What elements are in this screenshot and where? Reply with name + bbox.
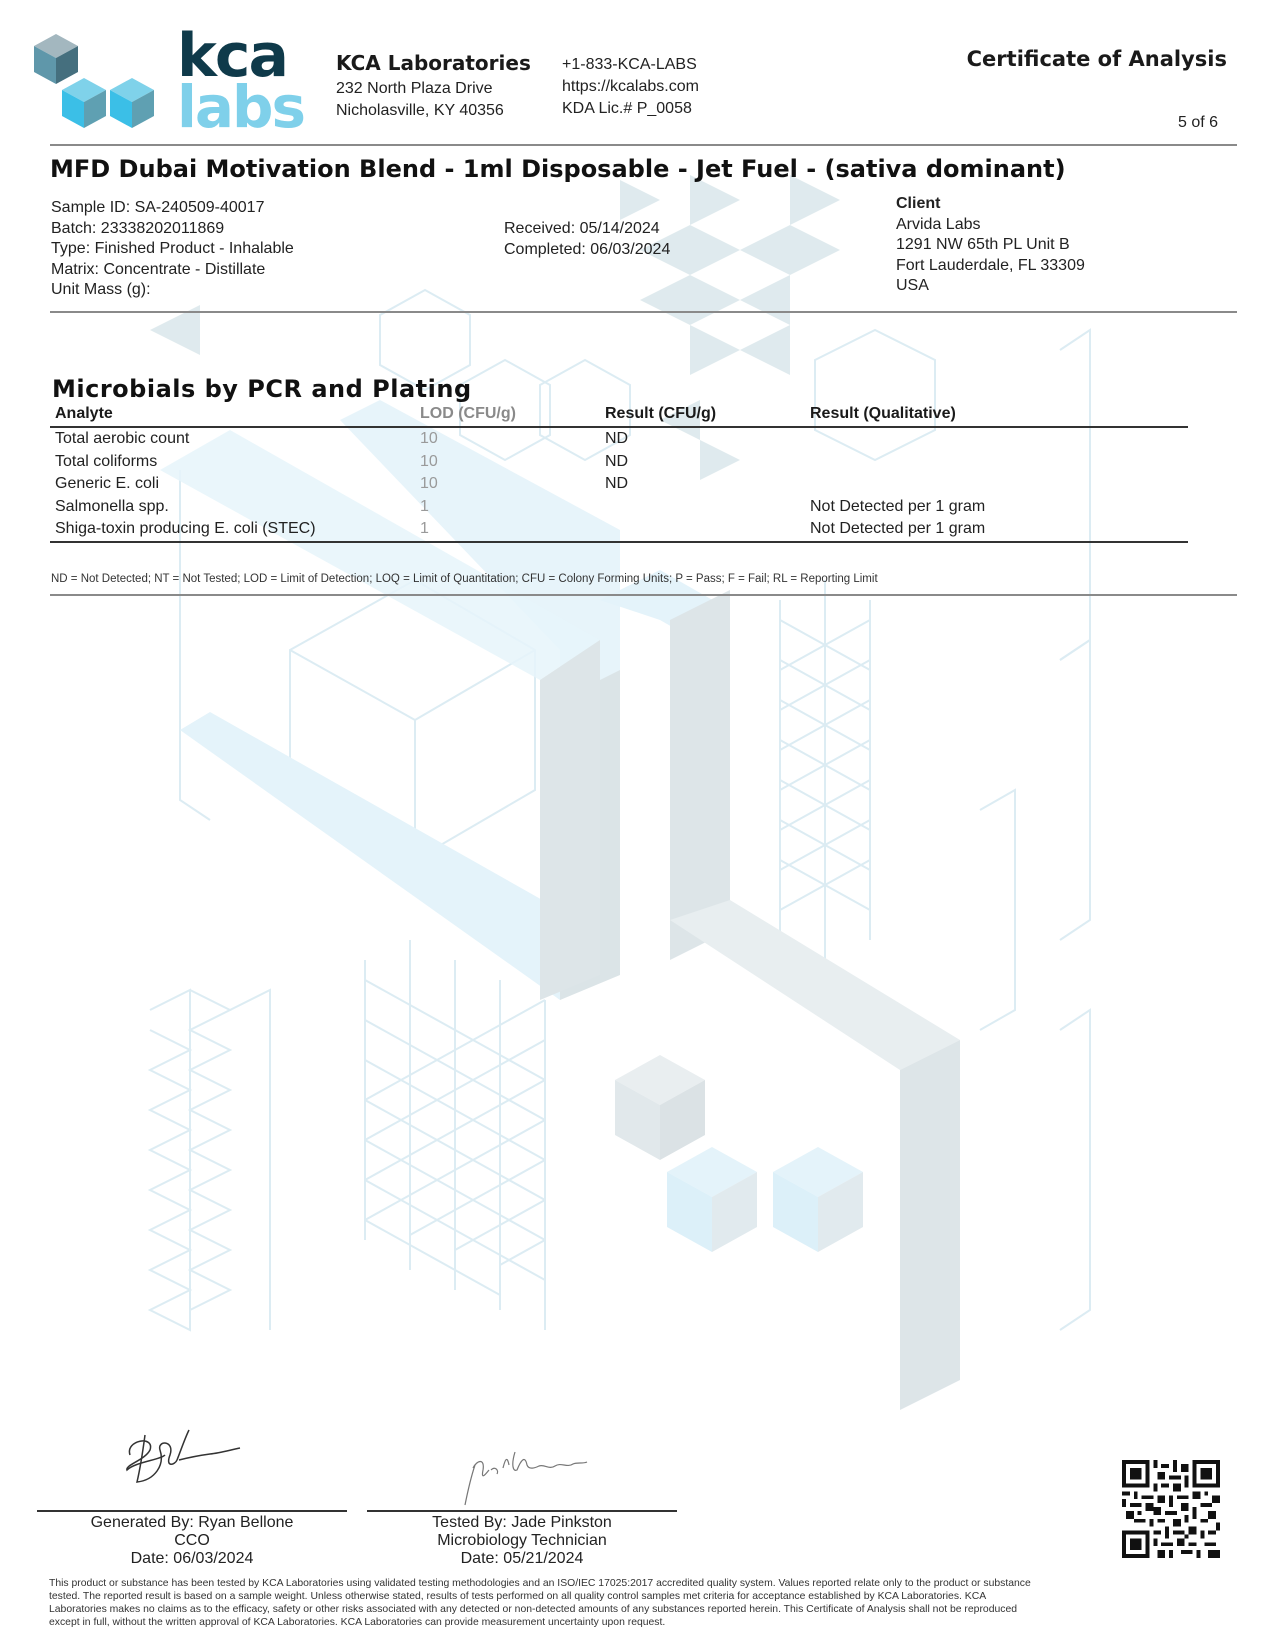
- generated-by: Generated By: Ryan Bellone: [37, 1514, 347, 1532]
- qualitative-cell: Not Detected per 1 gram: [805, 518, 1188, 542]
- three-cubes-logo-icon: [30, 28, 170, 138]
- client-heading: Client: [896, 194, 1085, 215]
- signatory-role: Microbiology Technician: [367, 1532, 677, 1550]
- unit-mass: Unit Mass (g):: [51, 280, 294, 301]
- lab-name: KCA Laboratories: [336, 51, 531, 75]
- sample-dates: Received: 05/14/2024 Completed: 06/03/20…: [504, 219, 670, 260]
- lod-cell: 10: [415, 473, 600, 496]
- received-date: Received: 05/14/2024: [504, 219, 670, 240]
- metadata-divider: [50, 311, 1237, 313]
- analyte-cell: Shiga-toxin producing E. coli (STEC): [50, 518, 415, 542]
- header-divider: [50, 144, 1237, 146]
- column-header-analyte: Analyte: [50, 404, 415, 427]
- qualitative-cell: Not Detected per 1 gram: [805, 496, 1188, 519]
- client-info: Client Arvida Labs 1291 NW 65th PL Unit …: [896, 194, 1085, 297]
- document-title: Certificate of Analysis: [967, 47, 1227, 71]
- signature-line-2: [367, 1510, 677, 1512]
- signatory-2: Tested By: Jade Pinkston Microbiology Te…: [367, 1514, 677, 1568]
- signature-ryan-bellone: [115, 1420, 265, 1490]
- lab-license: KDA Lic.# P_0058: [562, 98, 692, 120]
- table-row: Total coliforms 10 ND: [50, 451, 1188, 474]
- client-country: USA: [896, 276, 1085, 297]
- lod-cell: 1: [415, 496, 600, 519]
- table-row: Salmonella spp. 1 Not Detected per 1 gra…: [50, 496, 1188, 519]
- signature-date: Date: 06/03/2024: [37, 1550, 347, 1568]
- table-row: Total aerobic count 10 ND: [50, 427, 1188, 451]
- signature-jade-pinkston: [455, 1440, 605, 1510]
- section-title-microbials: Microbials by PCR and Plating: [52, 375, 472, 403]
- page-indicator: 5 of 6: [1178, 114, 1218, 132]
- signatory-role: CCO: [37, 1532, 347, 1550]
- qr-code-icon[interactable]: [1122, 1460, 1220, 1558]
- kca-labs-logo: kca labs: [30, 28, 300, 138]
- sample-metadata: Sample ID: SA-240509-40017 Batch: 233382…: [51, 198, 294, 301]
- lab-phone: +1-833-KCA-LABS: [562, 54, 697, 76]
- legal-disclaimer: This product or substance has been teste…: [49, 1577, 1239, 1629]
- client-name: Arvida Labs: [896, 215, 1085, 236]
- table-header-row: Analyte LOD (CFU/g) Result (CFU/g) Resul…: [50, 404, 1188, 427]
- product-type: Type: Finished Product - Inhalable: [51, 239, 294, 260]
- table-row: Shiga-toxin producing E. coli (STEC) 1 N…: [50, 518, 1188, 542]
- column-header-lod: LOD (CFU/g): [415, 404, 600, 427]
- column-header-result-qualitative: Result (Qualitative): [805, 404, 1188, 427]
- sample-id: Sample ID: SA-240509-40017: [51, 198, 294, 219]
- qualitative-cell: [805, 427, 1188, 451]
- lod-cell: 10: [415, 427, 600, 451]
- completed-date: Completed: 06/03/2024: [504, 240, 670, 261]
- disclaimer-line: This product or substance has been teste…: [49, 1577, 1239, 1590]
- analyte-cell: Total coliforms: [50, 451, 415, 474]
- qualitative-cell: [805, 473, 1188, 496]
- column-header-result-cfu: Result (CFU/g): [600, 404, 805, 427]
- lab-address-line1: 232 North Plaza Drive: [336, 78, 493, 100]
- abbreviations-legend: ND = Not Detected; NT = Not Tested; LOD …: [51, 573, 878, 585]
- signature-line-1: [37, 1510, 347, 1512]
- batch-number: Batch: 23338202011869: [51, 219, 294, 240]
- disclaimer-line: Laboratories makes no claims as to the e…: [49, 1603, 1239, 1616]
- result-cell: ND: [600, 451, 805, 474]
- analyte-cell: Salmonella spp.: [50, 496, 415, 519]
- signatory-1: Generated By: Ryan Bellone CCO Date: 06/…: [37, 1514, 347, 1568]
- lod-cell: 1: [415, 518, 600, 542]
- table-row: Generic E. coli 10 ND: [50, 473, 1188, 496]
- result-cell: [600, 518, 805, 542]
- disclaimer-line: tested. The reported result is based on …: [49, 1590, 1239, 1603]
- result-cell: [600, 496, 805, 519]
- product-title: MFD Dubai Motivation Blend - 1ml Disposa…: [50, 155, 1066, 183]
- analyte-cell: Generic E. coli: [50, 473, 415, 496]
- client-address-line2: Fort Lauderdale, FL 33309: [896, 256, 1085, 277]
- logo-word-labs: labs: [177, 78, 304, 136]
- lod-cell: 10: [415, 451, 600, 474]
- lab-address-line2: Nicholasville, KY 40356: [336, 100, 504, 122]
- lab-website-link[interactable]: https://kcalabs.com: [562, 76, 699, 98]
- microbials-results-table: Analyte LOD (CFU/g) Result (CFU/g) Resul…: [50, 404, 1188, 543]
- client-address-line1: 1291 NW 65th PL Unit B: [896, 235, 1085, 256]
- qualitative-cell: [805, 451, 1188, 474]
- result-cell: ND: [600, 473, 805, 496]
- disclaimer-line: except in full, without the written appr…: [49, 1616, 1239, 1629]
- signature-date: Date: 05/21/2024: [367, 1550, 677, 1568]
- tested-by: Tested By: Jade Pinkston: [367, 1514, 677, 1532]
- product-matrix: Matrix: Concentrate - Distillate: [51, 260, 294, 281]
- result-cell: ND: [600, 427, 805, 451]
- table-footer-divider: [50, 594, 1237, 596]
- analyte-cell: Total aerobic count: [50, 427, 415, 451]
